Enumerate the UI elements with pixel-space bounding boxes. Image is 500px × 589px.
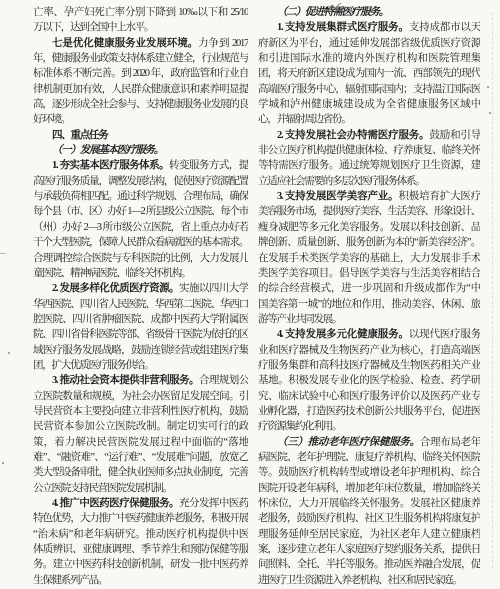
body-text: 支持成都市以天 [409,22,480,33]
text-line: 1. 支持发展集群式医疗服务。支持成都市以天 [258,20,480,35]
body-text: 类医学美容项目。倡导医学美容与生活美容相结合 [258,268,480,279]
body-text: 在发展手术类医学美容的基础上，大力发展非手术 [258,253,480,264]
body-text: 疗服务集群和高科技医疗器械及生物医药相关产业 [258,360,480,371]
body-text: 合理规划公 [199,375,248,386]
body-text: 干个大型医院，保障人民群众看病就医的基本需求。 [33,237,248,248]
body-text: 心，并辐射周边省份。 [258,114,351,125]
body-text: 特色优势，大力推广中医药健康养老服务，积极开展 [33,513,248,524]
scan-dash-artifact [0,253,6,254]
bold-heading-text: 4. 推广中医药医疗保健服务。 [52,498,179,509]
body-text: 业和医疗器械及生物医药产业为核心，打造高端医 [258,345,480,356]
bold-heading-text: 2. 支持发展社会办特需医疗服务。 [277,130,429,141]
body-text: 公立医院支持民营医院发展机制。 [33,483,172,494]
text-line: 万以下，达到全国中上水平。 [33,20,248,35]
text-line: 美容服务市场，提供医疗美容、生活美容、形象设计、 [258,204,480,219]
body-text: 进医疗卫生资源进入养老机构、社区和居民家庭。 [258,575,462,586]
bold-heading-text: 1. 夯实基本医疗服务体系。 [52,160,169,171]
bold-heading-text: 四、重点任务 [52,130,108,141]
text-line: 干个大型医院，保障人民群众看病就医的基本需求。 [33,235,248,250]
text-line: 与承载负荷相匹配。通过科学规划、合理布局，确保 [33,189,248,204]
body-text: 标准体系不断完善。到 2020 年，政府监管和行业自 [33,68,248,79]
body-text: 等特需医疗服务。通过统筹规划医疗卫生资源，建 [258,160,480,171]
body-text: 游等产业共同发展。 [258,314,341,325]
body-text: 案，逐步建立老年人家庭医疗契约服务关系，提供日 [258,544,480,555]
left-column: 亡率、孕产妇死亡率分别下降到 10‰以下和 25/10万以下，达到全国中上水平。… [33,5,248,588]
body-text: 鼓励和引导 [429,130,480,141]
body-text: 非公立医疗机构提供健康体检、疗养康复、临终关怀 [258,145,480,156]
text-line: 等。鼓励医疗机构转型或增设老年护理机构、综合 [258,465,480,480]
body-text: 好环境。 [33,114,70,125]
body-text: 导民营资本主要投向建立非营利性医疗机构，鼓励 [33,406,248,417]
text-line: 七是优化健康服务业发展环境。力争到 2017 [33,36,248,51]
text-line: 2. 发展多样化优质医疗资源。实施以四川大学 [33,281,248,296]
body-text: 务。建立中医药科技创新机制，研发一批中医药养 [33,559,248,570]
scan-speck [487,86,489,88]
body-text: 牌创新、质量创新、服务创新为本的“新美容经济”。 [258,237,480,248]
body-text: 院、四川省骨科医院等部、省级骨干医院为依托的区 [33,329,248,340]
text-line: 在发展手术类医学美容的基础上，大力发展非手术 [258,251,480,266]
text-line: 年，健康服务业政策支持体系建立健全，行业规范与 [33,51,248,66]
text-line: 高医疗服务质量，调整发展结构，促使医疗资源配置 [33,174,248,189]
body-text: 怀床位，大力开展临终关怀服务。发展社区健康养 [258,498,480,509]
body-text: 域医疗服务发展战略，鼓励连锁经营或组建医疗集 [33,345,248,356]
text-line: 业孵化器，打造医药技术创新公共服务平台，促进医 [258,404,480,419]
kai-heading-text: （三）推动老年医疗保健服务。 [277,437,420,448]
text-line: （州）办好 2—3 所市级公立医院，省上重点办好若 [33,220,248,235]
text-line: 生保健系列产品。 [33,573,248,588]
text-line: 游等产业共同发展。 [258,312,480,327]
text-line: 进医疗卫生资源进入养老机构、社区和居民家庭。 [258,573,480,588]
text-line: 特色优势，大力推广中医药健康养老服务，积极开展 [33,511,248,526]
body-text: 医院开设老年病科，增加老年床位数量，增加临终关 [258,483,480,494]
text-line: 瘦身减肥等多元化美容服务。发展以科技创新、品 [258,220,480,235]
text-line: 和引进国际水准的境内外医疗机构和医院管理集 [258,51,480,66]
body-text: 民营资本参加公立医院改制。制定切实可行的政 [33,421,248,432]
body-text: 合理布局老年 [420,437,480,448]
text-line: 公立医院支持民营医院发展机制。 [33,481,248,496]
body-text: 理服务延伸至居民家庭，为社区老年人建立健康档 [258,529,480,540]
text-line: 团，将天府新区建设成为国内一流、西部领先的现代 [258,66,480,81]
text-line: 3. 推动社会资本提供非营利服务。合理规划公 [33,373,248,388]
scan-speck [2,462,4,464]
kai-heading-text: （一）发展基本医疗服务。 [52,145,163,156]
text-line: 2. 支持发展社会办特需医疗服务。鼓励和引导 [258,128,480,143]
body-text: 美容服务市场，提供医疗美容、生活美容、形象设计、 [258,206,480,217]
text-line: 类大型设备审批，健全执业医师多点执业制度，完善 [33,465,248,480]
body-text: 高医疗服务质量，调整发展结构，促使医疗资源配置 [33,176,248,187]
text-line: 3. 支持发展医学美容产业。积极培育扩大医疗 [258,189,480,204]
text-line: 院、四川省骨科医院等部、省级骨干医院为依托的区 [33,327,248,342]
text-line: 每个县（市、区）办好 1—2 所县级公立医院、每个市 [33,204,248,219]
text-line: 类医学美容项目。倡导医学美容与生活美容相结合 [258,266,480,281]
text-line: 4. 推广中医药医疗保健服务。充分发挥中医药 [33,496,248,511]
body-text: 童医院、精神病医院、临终关怀机构。 [33,268,190,279]
body-text: 亡率、孕产妇死亡率分别下降到 10‰以下和 25/10 [33,7,248,18]
text-line: 域医疗服务发展战略，鼓励连锁经营或组建医疗集 [33,343,248,358]
body-text: 积极培育扩大医疗 [398,191,480,202]
body-text: 合理调控综合医院与专科医院的比例，大力发展儿 [33,253,248,264]
text-line: “治未病”和老年病研究。推动医疗机构提供中医 [33,527,248,542]
text-line: 疗服务集群和高科技医疗器械及生物医药相关产业 [258,358,480,373]
text-line: 民营资本参加公立医院改制。制定切实可行的政 [33,419,248,434]
body-text: 和引进国际水准的境内外医疗机构和医院管理集 [258,53,480,64]
text-line: 心，并辐射周边省份。 [258,112,480,127]
body-text: 国美容第一城”的地位和作用，推动美容、休闲、旅 [258,299,480,310]
text-line: 国美容第一城”的地位和作用，推动美容、休闲、旅 [258,297,480,312]
body-text: 间照料、全托、半托等服务。推动医养融合发展，促 [258,559,480,570]
body-text: 律机制更加有效，人民群众健康意识和素养明显提 [33,84,248,95]
body-text: 究、临床试验中心和医疗服务评价以及医药产业专 [258,391,480,402]
text-line: 导民营资本主要投向建立非营利性医疗机构，鼓励 [33,404,248,419]
text-line: （三）推动老年医疗保健服务。合理布局老年 [258,435,480,450]
text-line: 好环境。 [33,112,248,127]
text-line: 的综合经营模式，进一步巩固和升级成都作为“中 [258,281,480,296]
bold-heading-text: 2. 发展多样化优质医疗资源。 [52,283,179,294]
body-text: 病医院、老年护理院、康复疗养机构、临终关怀医院 [258,452,480,463]
text-line: 疗资源集约化利用。 [258,419,480,434]
text-line: 华西医院、四川省人民医院、华西第二医院、华西口 [33,297,248,312]
text-line: 病医院、老年护理院、康复疗养机构、临终关怀医院 [258,450,480,465]
text-line: （二）促进特需医疗服务。 [258,5,480,20]
text-line: 立医院数量和规模，为社会办医留足发展空间。引 [33,389,248,404]
body-text: 生保健系列产品。 [33,575,107,586]
body-text: 腔医院、四川省肿瘤医院、成都中医药大学附属医 [33,314,248,325]
right-column: （二）促进特需医疗服务。1. 支持发展集群式医疗服务。支持成都市以天府新区为平台… [258,5,480,588]
body-text: 团，扩大优质医疗服务供给。 [33,360,153,371]
body-text: 府新区为平台，通过延伸发展部省级优质医疗资源 [258,38,480,49]
body-text: 瘦身减肥等多元化美容服务。发展以科技创新、品 [258,222,480,233]
body-text: 体质辨识、亚健康调理、季节养生和预防保健等服 [33,544,248,555]
body-text: 年，健康服务业政策支持体系建立健全，行业规范与 [33,53,248,64]
text-line: 务。建立中医药科技创新机制，研发一批中医药养 [33,557,248,572]
text-line: 标准体系不断完善。到 2020 年，政府监管和行业自 [33,66,248,81]
text-line: 怀床位，大力开展临终关怀服务。发展社区健康养 [258,496,480,511]
text-line: 府新区为平台，通过延伸发展部省级优质医疗资源 [258,36,480,51]
body-text: 实施以四川大学 [179,283,248,294]
scan-speck [489,112,491,114]
body-text: 高端医疗服务中心，辐射国际国内；支持温江国际医 [258,84,480,95]
body-text: 每个县（市、区）办好 1—2 所县级公立医院、每个市 [33,206,248,217]
text-line: 牌创新、质量创新、服务创新为本的“新美容经济”。 [258,235,480,250]
body-text: 团，将天府新区建设成为国内一流、西部领先的现代 [258,68,480,79]
body-text: 学城和泸州健康城建设成为全省健康服务区域中 [258,99,480,110]
body-text: 类大型设备审批，健全执业医师多点执业制度，完善 [33,467,248,478]
text-line: 案，逐步建立老年人家庭医疗契约服务关系，提供日 [258,542,480,557]
body-text: “治未病”和老年病研究。推动医疗机构提供中医 [33,529,248,540]
text-line: 1. 夯实基本医疗服务体系。转变服务方式，提 [33,158,248,173]
bold-heading-text: 3. 推动社会资本提供非营利服务。 [52,375,199,386]
text-line: 童医院、精神病医院、临终关怀机构。 [33,266,248,281]
body-text: 业孵化器，打造医药技术创新公共服务平台，促进医 [258,406,480,417]
body-text: 充分发挥中医药 [179,498,248,509]
text-line: 理服务延伸至居民家庭，为社区老年人建立健康档 [258,527,480,542]
text-line: 老服务，鼓励医疗机构、社区卫生服务机构将康复护 [258,511,480,526]
scan-speck [8,352,10,354]
bold-heading-text: 3. 支持发展医学美容产业。 [277,191,398,202]
body-text: 与承载负荷相匹配。通过科学规划、合理布局，确保 [33,191,248,202]
text-line: 等特需医疗服务。通过统筹规划医疗卫生资源，建 [258,158,480,173]
text-line: 医院开设老年病科，增加老年床位数量，增加临终关 [258,481,480,496]
body-text: 难”、“融资难”、“运行难”、“发展难”问题，放宽乙 [33,452,248,463]
scan-edge-artifact [492,12,493,568]
body-text: 的综合经营模式，进一步巩固和升级成都作为“中 [258,283,480,294]
body-text: 策，着力解决民营医院发展过程中面临的“落地 [33,437,248,448]
text-line: 合理调控综合医院与专科医院的比例，大力发展儿 [33,251,248,266]
text-line: 4. 支持发展多元化健康服务。以现代医疗服务 [258,327,480,342]
bold-heading-text: 七是优化健康服务业发展环境。 [52,38,198,49]
text-line: 究、临床试验中心和医疗服务评价以及医药产业专 [258,389,480,404]
text-line: 策，着力解决民营医院发展过程中面临的“落地 [33,435,248,450]
body-text: （州）办好 2—3 所市级公立医院，省上重点办好若 [33,222,248,233]
body-text: 华西医院、四川省人民医院、华西第二医院、华西口 [33,299,248,310]
body-text: 力争到 2017 [198,38,248,49]
bold-heading-text: 1. 支持发展集群式医疗服务。 [277,22,409,33]
text-line: 高端医疗服务中心，辐射国际国内；支持温江国际医 [258,82,480,97]
text-line: 团，扩大优质医疗服务供给。 [33,358,248,373]
text-line: 四、重点任务 [33,128,248,143]
text-line: 高，逐步形成全社会参与、支持健康服务业发展的良 [33,97,248,112]
body-text: 以现代医疗服务 [409,329,480,340]
body-text: 疗资源集约化利用。 [258,421,341,432]
body-text: 基地。积极发展专业化的医学检验、检查、药学研 [258,375,480,386]
pencil-annotation-mark [327,1,343,13]
text-line: （一）发展基本医疗服务。 [33,143,248,158]
body-text: 立适应社会需要的多层次医疗服务体系。 [258,176,425,187]
body-text: 高，逐步形成全社会参与、支持健康服务业发展的良 [33,99,248,110]
body-text: 等。鼓励医疗机构转型或增设老年护理机构、综合 [258,467,480,478]
text-line: 业和医疗器械及生物医药产业为核心，打造高端医 [258,343,480,358]
body-text: 立医院数量和规模，为社会办医留足发展空间。引 [33,391,248,402]
text-line: 间照料、全托、半托等服务。推动医养融合发展，促 [258,557,480,572]
text-line: 体质辨识、亚健康调理、季节养生和预防保健等服 [33,542,248,557]
text-line: 腔医院、四川省肿瘤医院、成都中医药大学附属医 [33,312,248,327]
text-line: 学城和泸州健康城建设成为全省健康服务区域中 [258,97,480,112]
body-text: 老服务，鼓励医疗机构、社区卫生服务机构将康复护 [258,513,480,524]
text-line: 非公立医疗机构提供健康体检、疗养康复、临终关怀 [258,143,480,158]
body-text: 转变服务方式，提 [169,160,248,171]
text-line: 立适应社会需要的多层次医疗服务体系。 [258,174,480,189]
text-line: 基地。积极发展专业化的医学检验、检查、药学研 [258,373,480,388]
document-page: 亡率、孕产妇死亡率分别下降到 10‰以下和 25/10万以下，达到全国中上水平。… [0,0,500,588]
text-line: 亡率、孕产妇死亡率分别下降到 10‰以下和 25/10 [33,5,248,20]
bold-heading-text: 4. 支持发展多元化健康服务。 [277,329,409,340]
body-text: 万以下，达到全国中上水平。 [33,22,153,33]
text-line: 律机制更加有效，人民群众健康意识和素养明显提 [33,82,248,97]
text-line: 难”、“融资难”、“运行难”、“发展难”问题，放宽乙 [33,450,248,465]
